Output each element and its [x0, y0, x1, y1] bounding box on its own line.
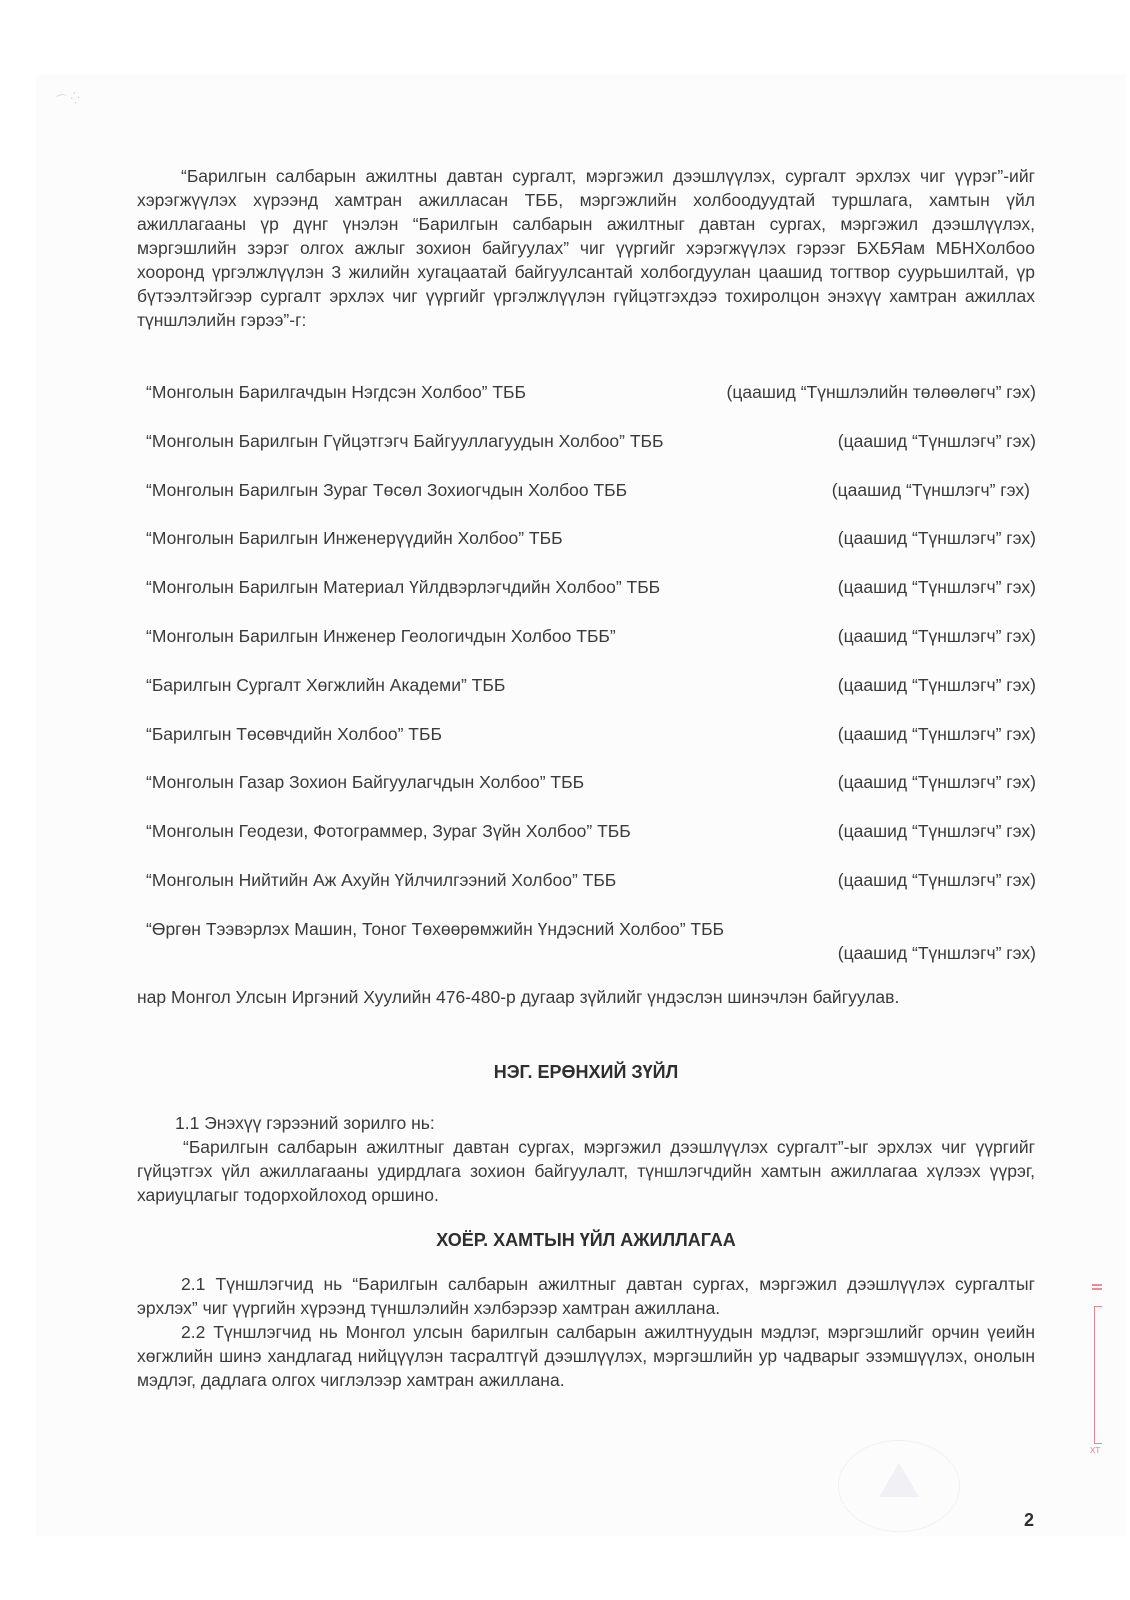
margin-bar: [1092, 1284, 1102, 1286]
partner-alias: (цаашид “Түншлэгч” гэх): [838, 575, 1036, 599]
section-2-heading: ХОЁР. ХАМТЫН ҮЙЛ АЖИЛЛАГАА: [137, 1230, 1035, 1251]
margin-tick: [1094, 1443, 1102, 1444]
partner-alias: (цаашид “Түншлэгч” гэх): [838, 526, 1036, 550]
section-1-heading: НЭГ. ЕРӨНХИЙ ЗҮЙЛ: [137, 1062, 1035, 1083]
clause-2-1: 2.1 Түншлэгчид нь “Барилгын салбарын ажи…: [137, 1272, 1035, 1320]
clause-2-2: 2.2 Түншлэгчид нь Монгол улсын барилгын …: [137, 1320, 1035, 1392]
partner-alias: (цаашид “Түншлэгч” гэх): [832, 478, 1030, 502]
margin-line: [1094, 1306, 1095, 1444]
margin-label: XT: [1090, 1446, 1100, 1455]
partner-row: “Монголын Барилгачдын Нэгдсэн Холбоо” ТБ…: [146, 380, 1036, 429]
partner-name: “Өргөн Тээвэрлэх Машин, Тоног Төхөөрөмжи…: [146, 917, 724, 941]
partner-name: “Барилгын Төсөвчдийн Холбоо” ТББ: [146, 722, 442, 746]
clause-1-1-lead: 1.1 Энэхүү гэрээний зорилго нь:: [137, 1111, 1035, 1135]
partner-alias: (цаашид “Түншлэлийн төлөөлөгч” гэх): [727, 380, 1036, 404]
partner-row: “Монголын Барилгын Инженерүүдийн Холбоо”…: [146, 526, 1036, 575]
margin-bar: [1092, 1288, 1102, 1290]
partner-name: “Монголын Барилгачдын Нэгдсэн Холбоо” ТБ…: [146, 380, 526, 404]
partner-alias: (цаашид “Түншлэгч” гэх): [838, 673, 1036, 697]
margin-tick: [1094, 1306, 1102, 1307]
partners-list: “Монголын Барилгачдын Нэгдсэн Холбоо” ТБ…: [146, 380, 1036, 966]
section-1-body: 1.1 Энэхүү гэрээний зорилго нь: “Барилгы…: [137, 1111, 1035, 1207]
partner-alias: (цаашид “Түншлэгч” гэх): [838, 770, 1036, 794]
partner-row: “Өргөн Тээвэрлэх Машин, Тоног Төхөөрөмжи…: [146, 917, 1036, 966]
intro-section: “Барилгын салбарын ажилтны давтан сургал…: [137, 164, 1035, 332]
side-margin-mark: XT: [1092, 1284, 1102, 1454]
stamp-seal: [838, 1440, 960, 1532]
partner-name: “Монголын Барилгын Материал Үйлдвэрлэгчд…: [146, 575, 660, 599]
page-number: 2: [1024, 1510, 1034, 1531]
partner-row: “Монголын Барилгын Инженер Геологичдын Х…: [146, 624, 1036, 673]
partner-row: “Барилгын Сургалт Хөгжлийн Академи” ТББ(…: [146, 673, 1036, 722]
partner-alias: (цаашид “Түншлэгч” гэх): [838, 429, 1036, 453]
partner-row: “Монголын Барилгын Зураг Төсөл Зохиогчды…: [146, 478, 1036, 527]
partner-row: “Монголын Барилгын Гүйцэтгэгч Байгууллаг…: [146, 429, 1036, 478]
partner-alias: (цаашид “Түншлэгч” гэх): [838, 868, 1036, 892]
closing-section: нар Монгол Улсын Иргэний Хуулийн 476-480…: [137, 985, 1035, 1009]
partner-alias: (цаашид “Түншлэгч” гэх): [838, 819, 1036, 843]
section-2-body: 2.1 Түншлэгчид нь “Барилгын салбарын ажи…: [137, 1272, 1035, 1392]
partner-row: “Монголын Газар Зохион Байгуулагчдын Хол…: [146, 770, 1036, 819]
partner-row: “Монголын Геодези, Фотограммер, Зураг Зү…: [146, 819, 1036, 868]
partner-name: “Монголын Газар Зохион Байгуулагчдын Хол…: [146, 770, 584, 794]
closing-paragraph: нар Монгол Улсын Иргэний Хуулийн 476-480…: [137, 985, 1035, 1009]
partner-name: “Монголын Нийтийн Аж Ахуйн Үйлчилгээний …: [146, 868, 616, 892]
partner-name: “Монголын Геодези, Фотограммер, Зураг Зү…: [146, 819, 631, 843]
partner-name: “Монголын Барилгын Гүйцэтгэгч Байгууллаг…: [146, 429, 663, 453]
clause-1-1-body: “Барилгын салбарын ажилтныг давтан сурга…: [137, 1135, 1035, 1207]
partner-row: “Барилгын Төсөвчдийн Холбоо” ТББ(цаашид …: [146, 722, 1036, 771]
partner-alias: (цаашид “Түншлэгч” гэх): [838, 722, 1036, 746]
partner-row: “Монголын Нийтийн Аж Ахуйн Үйлчилгээний …: [146, 868, 1036, 917]
partner-alias: (цаашид “Түншлэгч” гэх): [838, 941, 1036, 965]
partner-name: “Барилгын Сургалт Хөгжлийн Академи” ТББ: [146, 673, 505, 697]
intro-paragraph: “Барилгын салбарын ажилтны давтан сургал…: [137, 164, 1035, 332]
partner-name: “Монголын Барилгын Инженерүүдийн Холбоо”…: [146, 526, 563, 550]
partner-row: “Монголын Барилгын Материал Үйлдвэрлэгчд…: [146, 575, 1036, 624]
partner-alias: (цаашид “Түншлэгч” гэх): [838, 624, 1036, 648]
partner-name: “Монголын Барилгын Зураг Төсөл Зохиогчды…: [146, 478, 627, 502]
partner-name: “Монголын Барилгын Инженер Геологичдын Х…: [146, 624, 616, 648]
